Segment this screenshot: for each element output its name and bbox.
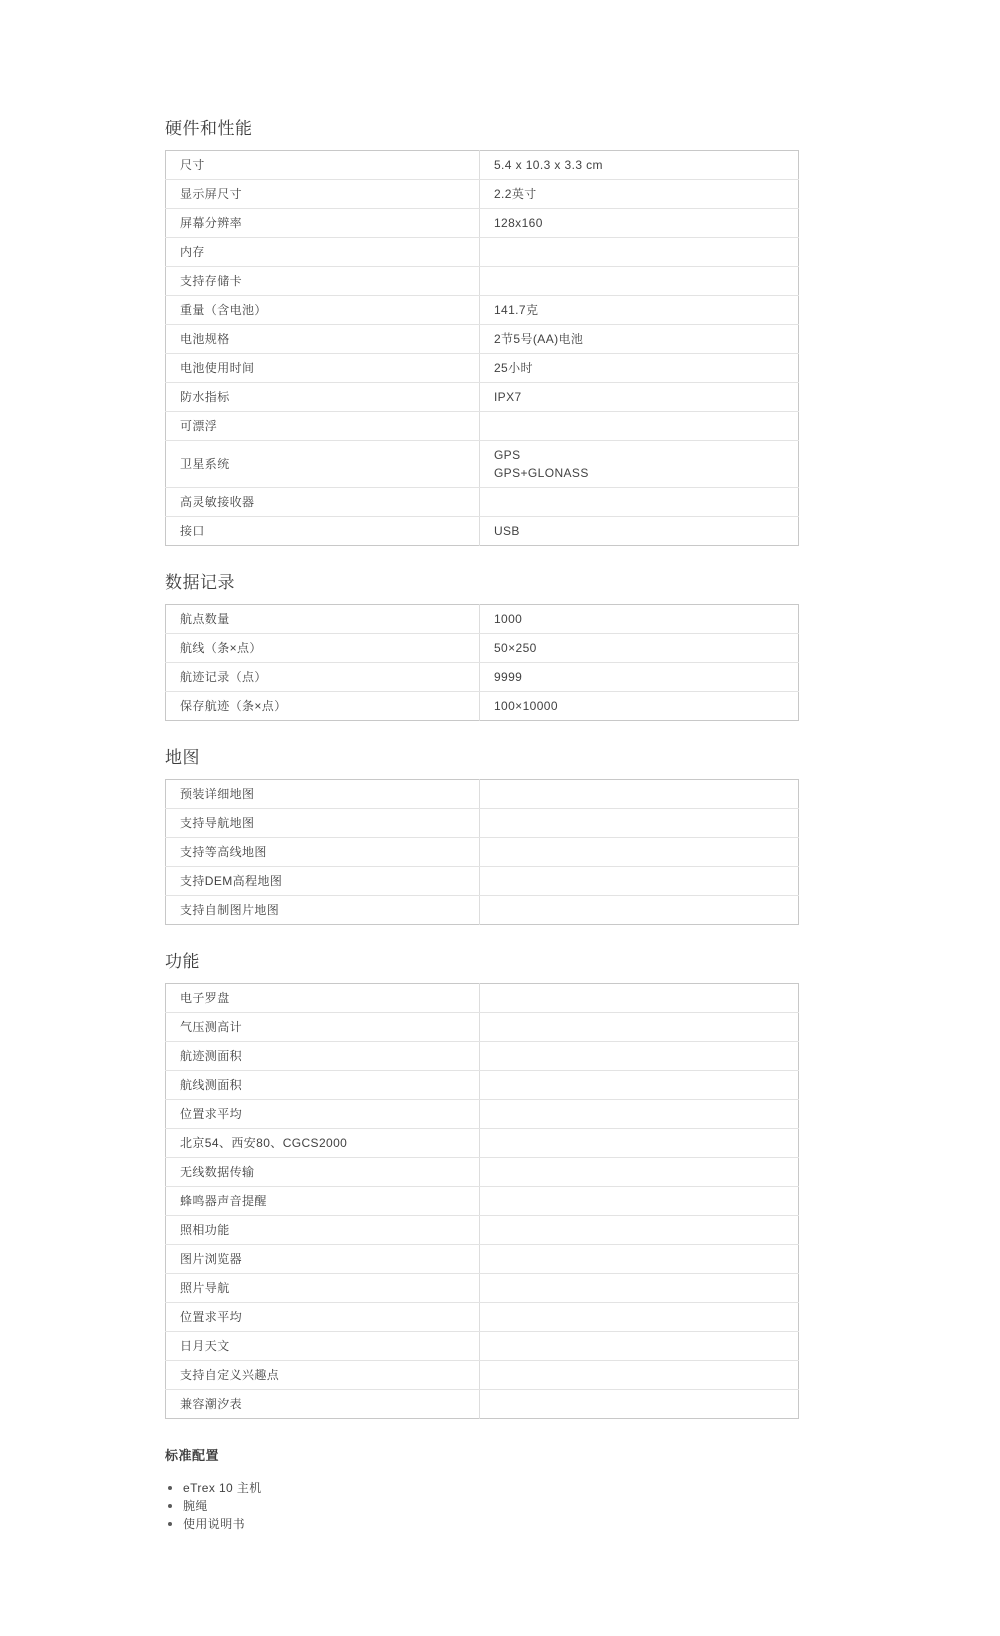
spec-value (479, 1245, 798, 1274)
spec-label: 航点数量 (166, 605, 480, 634)
spec-label: 防水指标 (166, 383, 480, 412)
spec-row: 卫星系统GPS GPS+GLONASS (166, 441, 799, 488)
spec-label: 照片导航 (166, 1274, 480, 1303)
spec-value (479, 488, 798, 517)
section-title-maps: 地图 (165, 747, 799, 769)
spec-row: 航线（条×点）50×250 (166, 634, 799, 663)
spec-row: 接口USB (166, 517, 799, 546)
spec-row: 预装详细地图 (166, 780, 799, 809)
spec-row: 航线测面积 (166, 1071, 799, 1100)
spec-label: 预装详细地图 (166, 780, 480, 809)
spec-row: 防水指标IPX7 (166, 383, 799, 412)
spec-value: 1000 (479, 605, 798, 634)
spec-value: 5.4 x 10.3 x 3.3 cm (479, 151, 798, 180)
spec-row: 支持等高线地图 (166, 838, 799, 867)
spec-label: 气压测高计 (166, 1013, 480, 1042)
spec-value (479, 1158, 798, 1187)
spec-row: 航迹记录（点）9999 (166, 663, 799, 692)
spec-label: 尺寸 (166, 151, 480, 180)
spec-label: 支持导航地图 (166, 809, 480, 838)
spec-value (479, 1390, 798, 1419)
section-maps: 地图 预装详细地图支持导航地图支持等高线地图支持DEM高程地图支持自制图片地图 (165, 747, 799, 925)
spec-value (479, 896, 798, 925)
spec-label: 电池规格 (166, 325, 480, 354)
spec-label: 保存航迹（条×点） (166, 692, 480, 721)
spec-row: 高灵敏接收器 (166, 488, 799, 517)
package-title: 标准配置 (165, 1447, 799, 1465)
spec-label: 航线（条×点） (166, 634, 480, 663)
spec-content: 硬件和性能 尺寸5.4 x 10.3 x 3.3 cm显示屏尺寸2.2英寸屏幕分… (165, 118, 799, 1533)
spec-value (479, 1274, 798, 1303)
spec-value (479, 984, 798, 1013)
spec-value (479, 1013, 798, 1042)
spec-label: 日月天文 (166, 1332, 480, 1361)
spec-label: 航线测面积 (166, 1071, 480, 1100)
spec-row: 位置求平均 (166, 1100, 799, 1129)
spec-label: 屏幕分辨率 (166, 209, 480, 238)
spec-value: 141.7克 (479, 296, 798, 325)
spec-value (479, 1216, 798, 1245)
spec-label: 航迹测面积 (166, 1042, 480, 1071)
spec-value (479, 1361, 798, 1390)
spec-label: 支持自定义兴趣点 (166, 1361, 480, 1390)
spec-label: 兼容潮汐表 (166, 1390, 480, 1419)
spec-row: 尺寸5.4 x 10.3 x 3.3 cm (166, 151, 799, 180)
spec-row: 日月天文 (166, 1332, 799, 1361)
spec-label: 蜂鸣器声音提醒 (166, 1187, 480, 1216)
spec-row: 电池使用时间25小时 (166, 354, 799, 383)
spec-row: 支持导航地图 (166, 809, 799, 838)
spec-row: 航迹测面积 (166, 1042, 799, 1071)
spec-value (479, 412, 798, 441)
spec-value (479, 1071, 798, 1100)
spec-label: 接口 (166, 517, 480, 546)
spec-label: 高灵敏接收器 (166, 488, 480, 517)
spec-label: 图片浏览器 (166, 1245, 480, 1274)
spec-label: 电池使用时间 (166, 354, 480, 383)
spec-row: 屏幕分辨率128x160 (166, 209, 799, 238)
spec-row: 保存航迹（条×点）100×10000 (166, 692, 799, 721)
maps-spec-table: 预装详细地图支持导航地图支持等高线地图支持DEM高程地图支持自制图片地图 (165, 779, 799, 925)
spec-value: 50×250 (479, 634, 798, 663)
package-list-item: 腕绳 (165, 1497, 799, 1515)
spec-row: 内存 (166, 238, 799, 267)
spec-value (479, 1332, 798, 1361)
spec-row: 支持DEM高程地图 (166, 867, 799, 896)
package-list-item: 使用说明书 (165, 1515, 799, 1533)
spec-value: USB (479, 517, 798, 546)
spec-label: 航迹记录（点） (166, 663, 480, 692)
spec-label: 卫星系统 (166, 441, 480, 488)
spec-value (479, 780, 798, 809)
spec-value: 25小时 (479, 354, 798, 383)
package-list: eTrex 10 主机腕绳使用说明书 (165, 1477, 799, 1533)
spec-value: 9999 (479, 663, 798, 692)
section-standard-package: 标准配置 eTrex 10 主机腕绳使用说明书 (165, 1447, 799, 1533)
spec-row: 照片导航 (166, 1274, 799, 1303)
spec-value (479, 1129, 798, 1158)
spec-row: 支持自制图片地图 (166, 896, 799, 925)
spec-value: IPX7 (479, 383, 798, 412)
spec-label: 位置求平均 (166, 1303, 480, 1332)
section-title-hardware: 硬件和性能 (165, 118, 799, 140)
spec-value: 2.2英寸 (479, 180, 798, 209)
spec-row: 照相功能 (166, 1216, 799, 1245)
spec-value (479, 1100, 798, 1129)
spec-row: 航点数量1000 (166, 605, 799, 634)
package-list-item: eTrex 10 主机 (165, 1479, 799, 1497)
spec-label: 重量（含电池） (166, 296, 480, 325)
spec-row: 无线数据传输 (166, 1158, 799, 1187)
spec-row: 位置求平均 (166, 1303, 799, 1332)
spec-row: 显示屏尺寸2.2英寸 (166, 180, 799, 209)
spec-label: 可漂浮 (166, 412, 480, 441)
spec-value (479, 1303, 798, 1332)
spec-value: 100×10000 (479, 692, 798, 721)
spec-row: 蜂鸣器声音提醒 (166, 1187, 799, 1216)
spec-value (479, 809, 798, 838)
spec-label: 无线数据传输 (166, 1158, 480, 1187)
section-title-data-recording: 数据记录 (165, 572, 799, 594)
spec-row: 支持自定义兴趣点 (166, 1361, 799, 1390)
hardware-spec-table: 尺寸5.4 x 10.3 x 3.3 cm显示屏尺寸2.2英寸屏幕分辨率128x… (165, 150, 799, 546)
spec-row: 电子罗盘 (166, 984, 799, 1013)
section-hardware-performance: 硬件和性能 尺寸5.4 x 10.3 x 3.3 cm显示屏尺寸2.2英寸屏幕分… (165, 118, 799, 546)
spec-label: 支持DEM高程地图 (166, 867, 480, 896)
features-spec-table: 电子罗盘气压测高计航迹测面积航线测面积位置求平均北京54、西安80、CGCS20… (165, 983, 799, 1419)
spec-row: 兼容潮汐表 (166, 1390, 799, 1419)
spec-value: 128x160 (479, 209, 798, 238)
spec-value: 2节5号(AA)电池 (479, 325, 798, 354)
spec-value: GPS GPS+GLONASS (479, 441, 798, 488)
spec-value (479, 238, 798, 267)
spec-row: 支持存储卡 (166, 267, 799, 296)
spec-row: 图片浏览器 (166, 1245, 799, 1274)
spec-row: 可漂浮 (166, 412, 799, 441)
spec-value (479, 267, 798, 296)
section-features: 功能 电子罗盘气压测高计航迹测面积航线测面积位置求平均北京54、西安80、CGC… (165, 951, 799, 1419)
spec-value (479, 838, 798, 867)
spec-label: 支持自制图片地图 (166, 896, 480, 925)
spec-label: 电子罗盘 (166, 984, 480, 1013)
spec-label: 显示屏尺寸 (166, 180, 480, 209)
spec-row: 北京54、西安80、CGCS2000 (166, 1129, 799, 1158)
spec-value (479, 1042, 798, 1071)
spec-label: 位置求平均 (166, 1100, 480, 1129)
spec-label: 北京54、西安80、CGCS2000 (166, 1129, 480, 1158)
spec-row: 电池规格2节5号(AA)电池 (166, 325, 799, 354)
section-title-features: 功能 (165, 951, 799, 973)
spec-label: 支持存储卡 (166, 267, 480, 296)
spec-label: 照相功能 (166, 1216, 480, 1245)
spec-row: 气压测高计 (166, 1013, 799, 1042)
spec-row: 重量（含电池）141.7克 (166, 296, 799, 325)
spec-label: 支持等高线地图 (166, 838, 480, 867)
spec-label: 内存 (166, 238, 480, 267)
data-recording-spec-table: 航点数量1000航线（条×点）50×250航迹记录（点）9999保存航迹（条×点… (165, 604, 799, 721)
spec-value (479, 867, 798, 896)
spec-value (479, 1187, 798, 1216)
section-data-recording: 数据记录 航点数量1000航线（条×点）50×250航迹记录（点）9999保存航… (165, 572, 799, 721)
